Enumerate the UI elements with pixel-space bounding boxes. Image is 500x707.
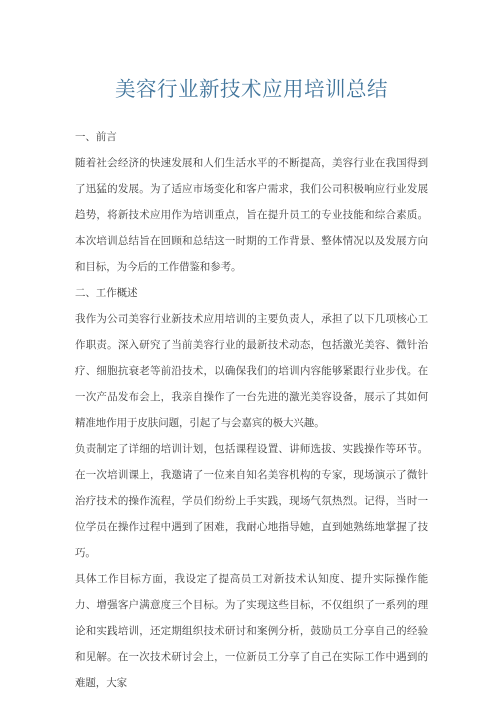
document-title: 美容行业新技术应用培训总结 <box>75 76 428 104</box>
section-heading-preface: 一、前言 <box>75 124 428 150</box>
paragraph: 随着社会经济的快速发展和人们生活水平的不断提高，美容行业在我国得到了迅猛的发展。… <box>75 150 428 280</box>
document-page: 美容行业新技术应用培训总结 一、前言 随着社会经济的快速发展和人们生活水平的不断… <box>0 0 500 707</box>
paragraph: 具体工作目标方面，我设定了提高员工对新技术认知度、提升实际操作能力、增强客户满意… <box>75 566 428 696</box>
section-heading-work-overview: 二、工作概述 <box>75 280 428 306</box>
document-body: 一、前言 随着社会经济的快速发展和人们生活水平的不断提高，美容行业在我国得到了迅… <box>75 124 428 696</box>
paragraph: 负责制定了详细的培训计划，包括课程设置、讲师选拔、实践操作等环节。在一次培训课上… <box>75 436 428 566</box>
paragraph: 我作为公司美容行业新技术应用培训的主要负责人，承担了以下几项核心工作职责。深入研… <box>75 306 428 436</box>
